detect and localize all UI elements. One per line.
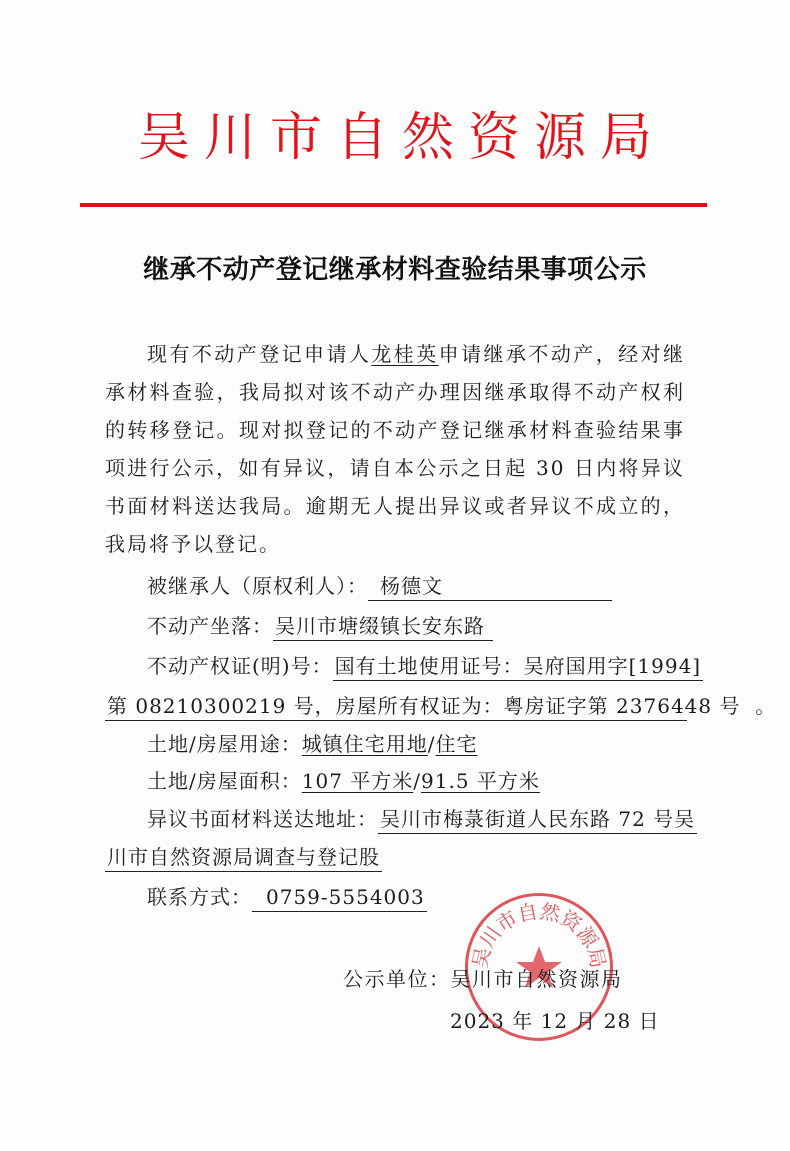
document-page: 吴川市自然资源局 继承不动产登记继承材料查验结果事项公示 现有不动产登记申请人龙… [0,0,790,1151]
notice-body: 现有不动产登记申请人龙桂英申请继承不动产，经对继承材料查验，我局拟对该不动产办理… [105,335,685,563]
field-usage: 土地/房屋用途：城镇住宅用地/住宅 [147,725,478,763]
field-contact: 联系方式：0759-5554003 [147,878,427,916]
field-certificate-cont: 第 08210300219 号，房屋所有权证为：粤房证字第 2376448 号 … [105,687,687,725]
address-value-line1: 吴川市梅菉街道人民东路 72 号吴 [378,805,697,834]
field-certificate: 不动产权证(明)号：国有土地使用证号：吴府国用字[1994] [147,647,703,685]
field-objection-address: 异议书面材料送达地址：吴川市梅菉街道人民东路 72 号吴 [147,800,697,838]
heir-value: 杨德文 [368,572,612,601]
address-value-line2: 川市自然资源局调查与登记股 [105,843,382,872]
certificate-value-line2: 第 08210300219 号，房屋所有权证为：粤房证字第 2376448 号 … [105,692,687,721]
usage-sep: / [428,732,436,756]
body-part2: 申请继承不动产，经对继承材料查验，我局拟对该不动产办理因继承取得不动产权利的转移… [105,342,685,556]
usage-house: 住宅 [436,732,478,756]
usage-land: 城镇住宅用地 [302,732,428,756]
area-house: 91.5 平方米 [421,769,540,793]
issue-date: 2023 年 12 月 28 日 [450,1002,660,1040]
location-value: 吴川市塘缀镇长安东路 [273,612,493,641]
area-land: 107 平方米 [302,769,414,793]
document-title: 继承不动产登记继承材料查验结果事项公示 [0,250,790,290]
field-objection-address-cont: 川市自然资源局调查与登记股 [105,838,382,876]
body-part1: 现有不动产登记申请人 [147,342,371,366]
address-label: 异议书面材料送达地址： [147,807,378,831]
field-heir: 被继承人（原权利人）：杨德文 [147,567,612,605]
heir-label: 被继承人（原权利人）： [147,574,368,598]
letterhead-divider [80,203,707,207]
letterhead-org-name: 吴川市自然资源局 [0,108,790,168]
applicant-name: 龙桂英 [371,342,438,366]
certificate-end-mark: 。 [755,694,776,718]
certificate-label: 不动产权证(明)号： [147,654,333,678]
certificate-line2-text: 第 08210300219 号，房屋所有权证为：粤房证字第 2376448 号 [107,694,740,718]
area-label: 土地/房屋面积： [147,769,302,793]
area-sep: / [413,769,421,793]
usage-label: 土地/房屋用途： [147,732,302,756]
issuer-label: 公示单位： [343,967,451,991]
certificate-value-line1: 国有土地使用证号：吴府国用字[1994] [333,652,704,681]
issuer-signature: 公示单位：吴川市自然资源局 [343,960,623,998]
field-area: 土地/房屋面积：107 平方米/91.5 平方米 [147,762,540,800]
contact-label: 联系方式： [147,885,252,909]
field-location: 不动产坐落：吴川市塘缀镇长安东路 [147,607,493,645]
issuer-org: 吴川市自然资源局 [451,967,623,991]
location-label: 不动产坐落： [147,614,273,638]
contact-phone: 0759-5554003 [252,883,427,912]
